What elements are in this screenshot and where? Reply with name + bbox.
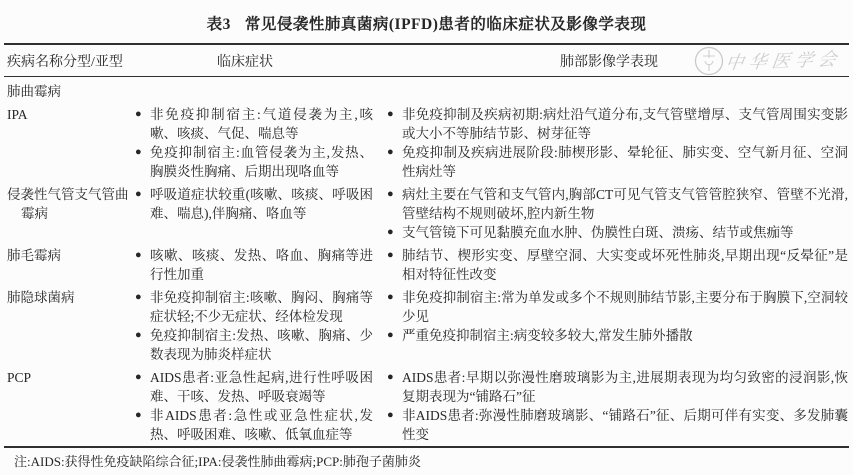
bullet-icon: ● <box>135 246 150 284</box>
bullet-icon: ● <box>135 185 150 223</box>
table-row: 侵袭性气管支气管曲霉病 ● 呼吸道症状较重(咳嗽、咳痰、呼吸困难、喘息),伴胸痛… <box>7 185 848 242</box>
bullet-text: 免疫抑制宿主:血管侵袭为主,发热、胸膜炎性胸痛、后期出现咯血等 <box>150 143 373 181</box>
bullet-text: AIDS患者:亚急性起病,进行性呼吸困难、干咳、发热、呼吸衰竭等 <box>150 368 373 406</box>
disease-name: 肺隐球菌病 <box>7 288 135 307</box>
table-row: 肺曲霉病 <box>7 82 848 101</box>
bullet-icon: ● <box>387 406 402 444</box>
bullet-item: ● AIDS患者:亚急性起病,进行性呼吸困难、干咳、发热、呼吸衰竭等 <box>135 368 373 406</box>
bullet-item: ● 呼吸道症状较重(咳嗽、咳痰、呼吸困难、喘息),伴胸痛、咯血等 <box>135 185 373 223</box>
bullet-icon: ● <box>387 288 402 326</box>
bullet-icon: ● <box>135 105 150 143</box>
bullet-item: ● 非免疫抑制宿主:常为单发或多个不规则肺结节影,主要分布于胸膜下,空洞较少见 <box>387 288 848 326</box>
bullet-text: 严重免疫抑制宿主:病变较多较大,常发生肺外播散 <box>402 326 848 345</box>
column-header-imaging: 肺部影像学表现 <box>560 51 658 71</box>
bullet-item: ● 免疫抑制宿主:血管侵袭为主,发热、胸膜炎性胸痛、后期出现咯血等 <box>135 143 373 181</box>
imaging-cell: ● AIDS患者:早期以弥漫性磨玻璃影为主,进展期表现为均匀致密的浸润影,恢复期… <box>387 368 848 444</box>
bullet-text: 非免疫抑制及疾病初期:病灶沿气道分布,支气管壁增厚、支气管周围实变影或大小不等肺… <box>402 105 848 143</box>
table-title: 表3常见侵袭性肺真菌病(IPFD)患者的临床症状及影像学表现 <box>0 12 853 34</box>
bullet-item: ● 非免疫抑制宿主:咳嗽、胸闷、胸痛等症状轻;不少无症状、经体检发现 <box>135 288 373 326</box>
table-row: 肺隐球菌病 ● 非免疫抑制宿主:咳嗽、胸闷、胸痛等症状轻;不少无症状、经体检发现… <box>7 288 848 364</box>
bullet-item: ● 咳嗽、咳痰、发热、咯血、胸痛等进行性加重 <box>135 246 373 284</box>
table-title-text: 常见侵袭性肺真菌病(IPFD)患者的临床症状及影像学表现 <box>245 16 647 33</box>
bullet-text: 免疫抑制宿主:发热、咳嗽、胸痛、少数表现为肺炎样症状 <box>150 326 373 364</box>
bullet-icon: ● <box>135 406 150 444</box>
clinical-cell: ● 呼吸道症状较重(咳嗽、咳痰、呼吸困难、喘息),伴胸痛、咯血等 <box>135 185 387 223</box>
journal-watermark: 中华医学会 <box>692 40 848 80</box>
bullet-item: ● 非AIDS患者:弥漫性肺磨玻璃影、“铺路石”征、后期可伴有实变、多发肺囊性变 <box>387 406 848 444</box>
bullet-icon: ● <box>387 368 402 406</box>
bullet-item: ● 非AIDS患者:急性或亚急性症状,发热、呼吸困难、咳嗽、低氧血症等 <box>135 406 373 444</box>
clinical-cell: ● 非免疫抑制宿主:气道侵袭为主,咳嗽、咳痰、气促、喘息等 ● 免疫抑制宿主:血… <box>135 105 387 181</box>
imaging-cell: ● 肺结节、楔形实变、厚壁空洞、大实变或坏死性肺炎,早期出现“反晕征”是相对特征… <box>387 246 848 284</box>
bullet-item: ● 非免疫抑制宿主:气道侵袭为主,咳嗽、咳痰、气促、喘息等 <box>135 105 373 143</box>
imaging-cell: ● 病灶主要在气管和支气管内,胸部CT可见气管支气管管腔狭窄、管壁不光滑,管壁结… <box>387 185 848 242</box>
bullet-text: 咳嗽、咳痰、发热、咯血、胸痛等进行性加重 <box>150 246 373 284</box>
column-header-clinical: 临床症状 <box>217 51 273 71</box>
table-body: 肺曲霉病 IPA ● 非免疫抑制宿主:气道侵袭为主,咳嗽、咳痰、气促、喘息等 ●… <box>7 82 848 448</box>
seal-icon <box>692 42 726 78</box>
bullet-text: 非免疫抑制宿主:咳嗽、胸闷、胸痛等症状轻;不少无症状、经体检发现 <box>150 288 373 326</box>
bullet-icon: ● <box>387 246 402 284</box>
bullet-icon: ● <box>135 368 150 406</box>
clinical-cell: ● AIDS患者:亚急性起病,进行性呼吸困难、干咳、发热、呼吸衰竭等 ● 非AI… <box>135 368 387 444</box>
disease-name: 肺曲霉病 <box>7 82 135 101</box>
imaging-cell: ● 非免疫抑制及疾病初期:病灶沿气道分布,支气管壁增厚、支气管周围实变影或大小不… <box>387 105 848 181</box>
seal-calligraphy-text: 中华医学会 <box>724 45 843 75</box>
table-row: IPA ● 非免疫抑制宿主:气道侵袭为主,咳嗽、咳痰、气促、喘息等 ● 免疫抑制… <box>7 105 848 181</box>
disease-name: 肺毛霉病 <box>7 246 135 265</box>
table-row: 肺毛霉病 ● 咳嗽、咳痰、发热、咯血、胸痛等进行性加重 ● 肺结节、楔形实变、厚… <box>7 246 848 284</box>
bullet-text: 肺结节、楔形实变、厚壁空洞、大实变或坏死性肺炎,早期出现“反晕征”是相对特征性改… <box>402 246 848 284</box>
bullet-text: 支气管镜下可见黏膜充血水肿、伪膜性白斑、溃疡、结节或焦痂等 <box>402 223 848 242</box>
table-bottom-rule <box>4 446 849 448</box>
bullet-text: 非AIDS患者:急性或亚急性症状,发热、呼吸困难、咳嗽、低氧血症等 <box>150 406 373 444</box>
column-header-disease: 疾病名称分型/亚型 <box>7 51 123 71</box>
bullet-item: ● 免疫抑制及疾病进展阶段:肺楔形影、晕轮征、肺实变、空气新月征、空洞性病灶等 <box>387 143 848 181</box>
bullet-icon: ● <box>387 223 402 242</box>
bullet-text: 非免疫抑制宿主:气道侵袭为主,咳嗽、咳痰、气促、喘息等 <box>150 105 373 143</box>
table-header-rule <box>4 76 849 77</box>
table-number: 表3 <box>207 16 231 33</box>
bullet-text: AIDS患者:早期以弥漫性磨玻璃影为主,进展期表现为均匀致密的浸润影,恢复期表现… <box>402 368 848 406</box>
bullet-item: ● AIDS患者:早期以弥漫性磨玻璃影为主,进展期表现为均匀致密的浸润影,恢复期… <box>387 368 848 406</box>
clinical-cell: ● 咳嗽、咳痰、发热、咯血、胸痛等进行性加重 <box>135 246 387 284</box>
bullet-item: ● 肺结节、楔形实变、厚壁空洞、大实变或坏死性肺炎,早期出现“反晕征”是相对特征… <box>387 246 848 284</box>
journal-table-page: 表3常见侵袭性肺真菌病(IPFD)患者的临床症状及影像学表现 疾病名称分型/亚型… <box>0 0 853 475</box>
bullet-icon: ● <box>387 143 402 181</box>
bullet-text: 呼吸道症状较重(咳嗽、咳痰、呼吸困难、喘息),伴胸痛、咯血等 <box>150 185 373 223</box>
bullet-icon: ● <box>135 288 150 326</box>
imaging-cell: ● 非免疫抑制宿主:常为单发或多个不规则肺结节影,主要分布于胸膜下,空洞较少见 … <box>387 288 848 345</box>
bullet-item: ● 严重免疫抑制宿主:病变较多较大,常发生肺外播散 <box>387 326 848 345</box>
bullet-text: 病灶主要在气管和支气管内,胸部CT可见气管支气管管腔狭窄、管壁不光滑,管壁结构不… <box>402 185 848 223</box>
bullet-icon: ● <box>135 143 150 181</box>
table-row: PCP ● AIDS患者:亚急性起病,进行性呼吸困难、干咳、发热、呼吸衰竭等 ●… <box>7 368 848 444</box>
bullet-icon: ● <box>387 326 402 345</box>
table-top-rule <box>4 43 849 45</box>
disease-name: 侵袭性气管支气管曲霉病 <box>7 185 135 223</box>
bullet-icon: ● <box>387 105 402 143</box>
bullet-text: 非免疫抑制宿主:常为单发或多个不规则肺结节影,主要分布于胸膜下,空洞较少见 <box>402 288 848 326</box>
disease-name: PCP <box>7 368 135 387</box>
bullet-icon: ● <box>135 326 150 364</box>
clinical-cell: ● 非免疫抑制宿主:咳嗽、胸闷、胸痛等症状轻;不少无症状、经体检发现 ● 免疫抑… <box>135 288 387 364</box>
bullet-item: ● 支气管镜下可见黏膜充血水肿、伪膜性白斑、溃疡、结节或焦痂等 <box>387 223 848 242</box>
disease-name: IPA <box>7 105 135 124</box>
bullet-text: 免疫抑制及疾病进展阶段:肺楔形影、晕轮征、肺实变、空气新月征、空洞性病灶等 <box>402 143 848 181</box>
bullet-text: 非AIDS患者:弥漫性肺磨玻璃影、“铺路石”征、后期可伴有实变、多发肺囊性变 <box>402 406 848 444</box>
bullet-item: ● 非免疫抑制及疾病初期:病灶沿气道分布,支气管壁增厚、支气管周围实变影或大小不… <box>387 105 848 143</box>
bullet-item: ● 病灶主要在气管和支气管内,胸部CT可见气管支气管管腔狭窄、管壁不光滑,管壁结… <box>387 185 848 223</box>
bullet-item: ● 免疫抑制宿主:发热、咳嗽、胸痛、少数表现为肺炎样症状 <box>135 326 373 364</box>
bullet-icon: ● <box>387 185 402 223</box>
table-footnote: 注:AIDS:获得性免疫缺陷综合征;IPA:侵袭性肺曲霉病;PCP:肺孢子菌肺炎 <box>14 451 421 470</box>
